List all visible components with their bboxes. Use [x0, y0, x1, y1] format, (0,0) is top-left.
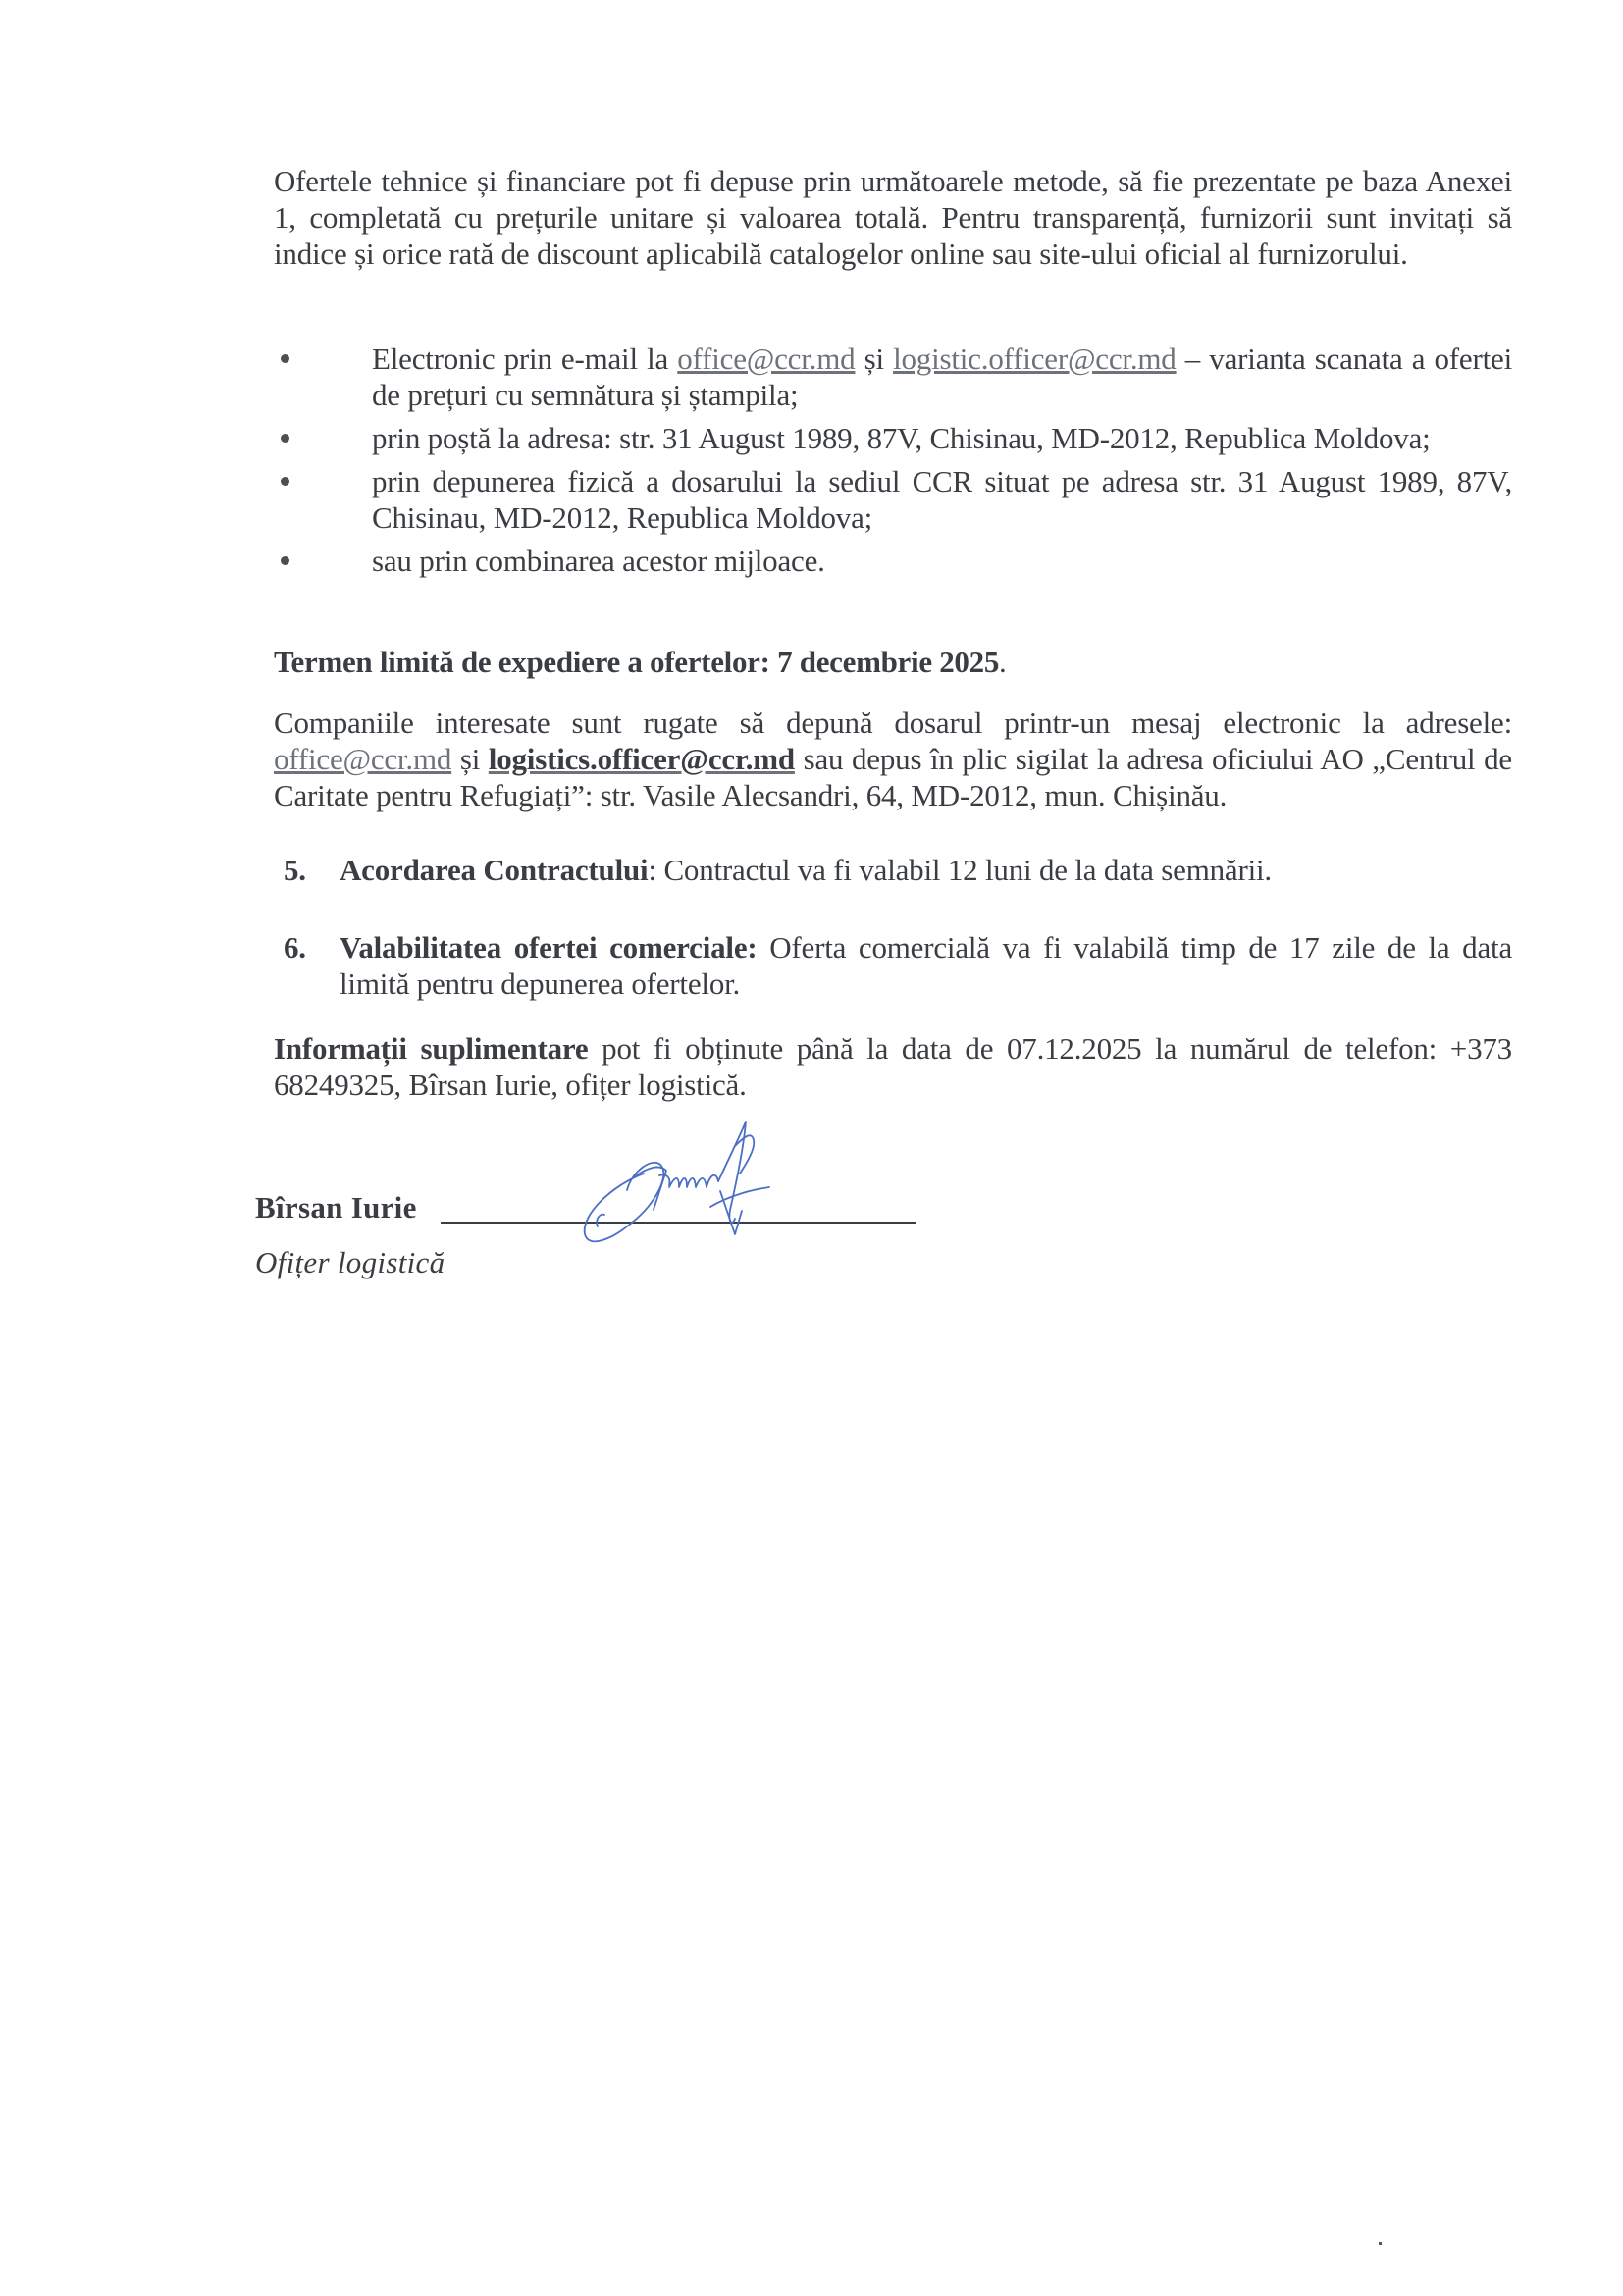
bullet-icon: [281, 477, 289, 486]
method-text: prin poștă la adresa: str. 31 August 198…: [372, 421, 1431, 455]
email-link-logistics[interactable]: logistics.officer@ccr.md: [489, 742, 795, 776]
scan-artifact: [1379, 2242, 1382, 2245]
conjunction-text: și: [451, 742, 489, 776]
method-text: prin depunerea fizică a dosarului la sed…: [372, 464, 1512, 535]
list-item: Electronic prin e-mail la office@ccr.md …: [372, 340, 1512, 413]
submission-methods-list: Electronic prin e-mail la office@ccr.md …: [372, 340, 1512, 586]
companies-paragraph: Companiile interesate sunt rugate să dep…: [274, 704, 1512, 813]
list-item: prin depunerea fizică a dosarului la sed…: [372, 463, 1512, 536]
email-link-office[interactable]: office@ccr.md: [677, 341, 855, 376]
deadline-heading: Termen limită de expediere a ofertelor: …: [274, 644, 1006, 680]
section-number: 5.: [284, 852, 306, 888]
bullet-icon: [281, 354, 289, 363]
section-body: Acordarea Contractului: Contractul va fi…: [340, 852, 1512, 888]
companies-text: Companiile interesate sunt rugate să dep…: [274, 705, 1512, 740]
section-text: Contractul va fi valabil 12 luni de la d…: [656, 853, 1272, 887]
signatory-name: Bîrsan Iurie: [255, 1189, 417, 1226]
bullet-icon: [281, 556, 289, 565]
signature-icon: [573, 1117, 818, 1254]
bullet-icon: [281, 434, 289, 443]
signatory-title: Ofițer logistică: [255, 1244, 445, 1280]
section-offer-validity: 6. Valabilitatea ofertei comerciale: Ofe…: [284, 929, 1512, 1002]
deadline-period: .: [999, 645, 1006, 679]
section-body: Valabilitatea ofertei comerciale: Oferta…: [340, 929, 1512, 1002]
conjunction-text: și: [855, 341, 893, 376]
intro-paragraph: Ofertele tehnice și financiare pot fi de…: [274, 163, 1512, 272]
additional-info-paragraph: Informații suplimentare pot fi obținute …: [274, 1030, 1512, 1103]
email-link-office[interactable]: office@ccr.md: [274, 742, 451, 776]
section-number: 6.: [284, 929, 306, 965]
list-item: sau prin combinarea acestor mijloace.: [372, 543, 1512, 579]
section-title: Valabilitatea ofertei comerciale:: [340, 930, 758, 965]
additional-info-label: Informații suplimentare: [274, 1031, 588, 1066]
section-title-suffix: :: [648, 853, 655, 887]
method-text: Electronic prin e-mail la: [372, 341, 677, 376]
list-item: prin poștă la adresa: str. 31 August 198…: [372, 420, 1512, 456]
section-contract-award: 5. Acordarea Contractului: Contractul va…: [284, 852, 1512, 888]
deadline-text: Termen limită de expediere a ofertelor: …: [274, 645, 999, 679]
method-text: sau prin combinarea acestor mijloace.: [372, 544, 825, 578]
email-link-logistic[interactable]: logistic.officer@ccr.md: [893, 341, 1177, 376]
section-title: Acordarea Contractului: [340, 853, 648, 887]
